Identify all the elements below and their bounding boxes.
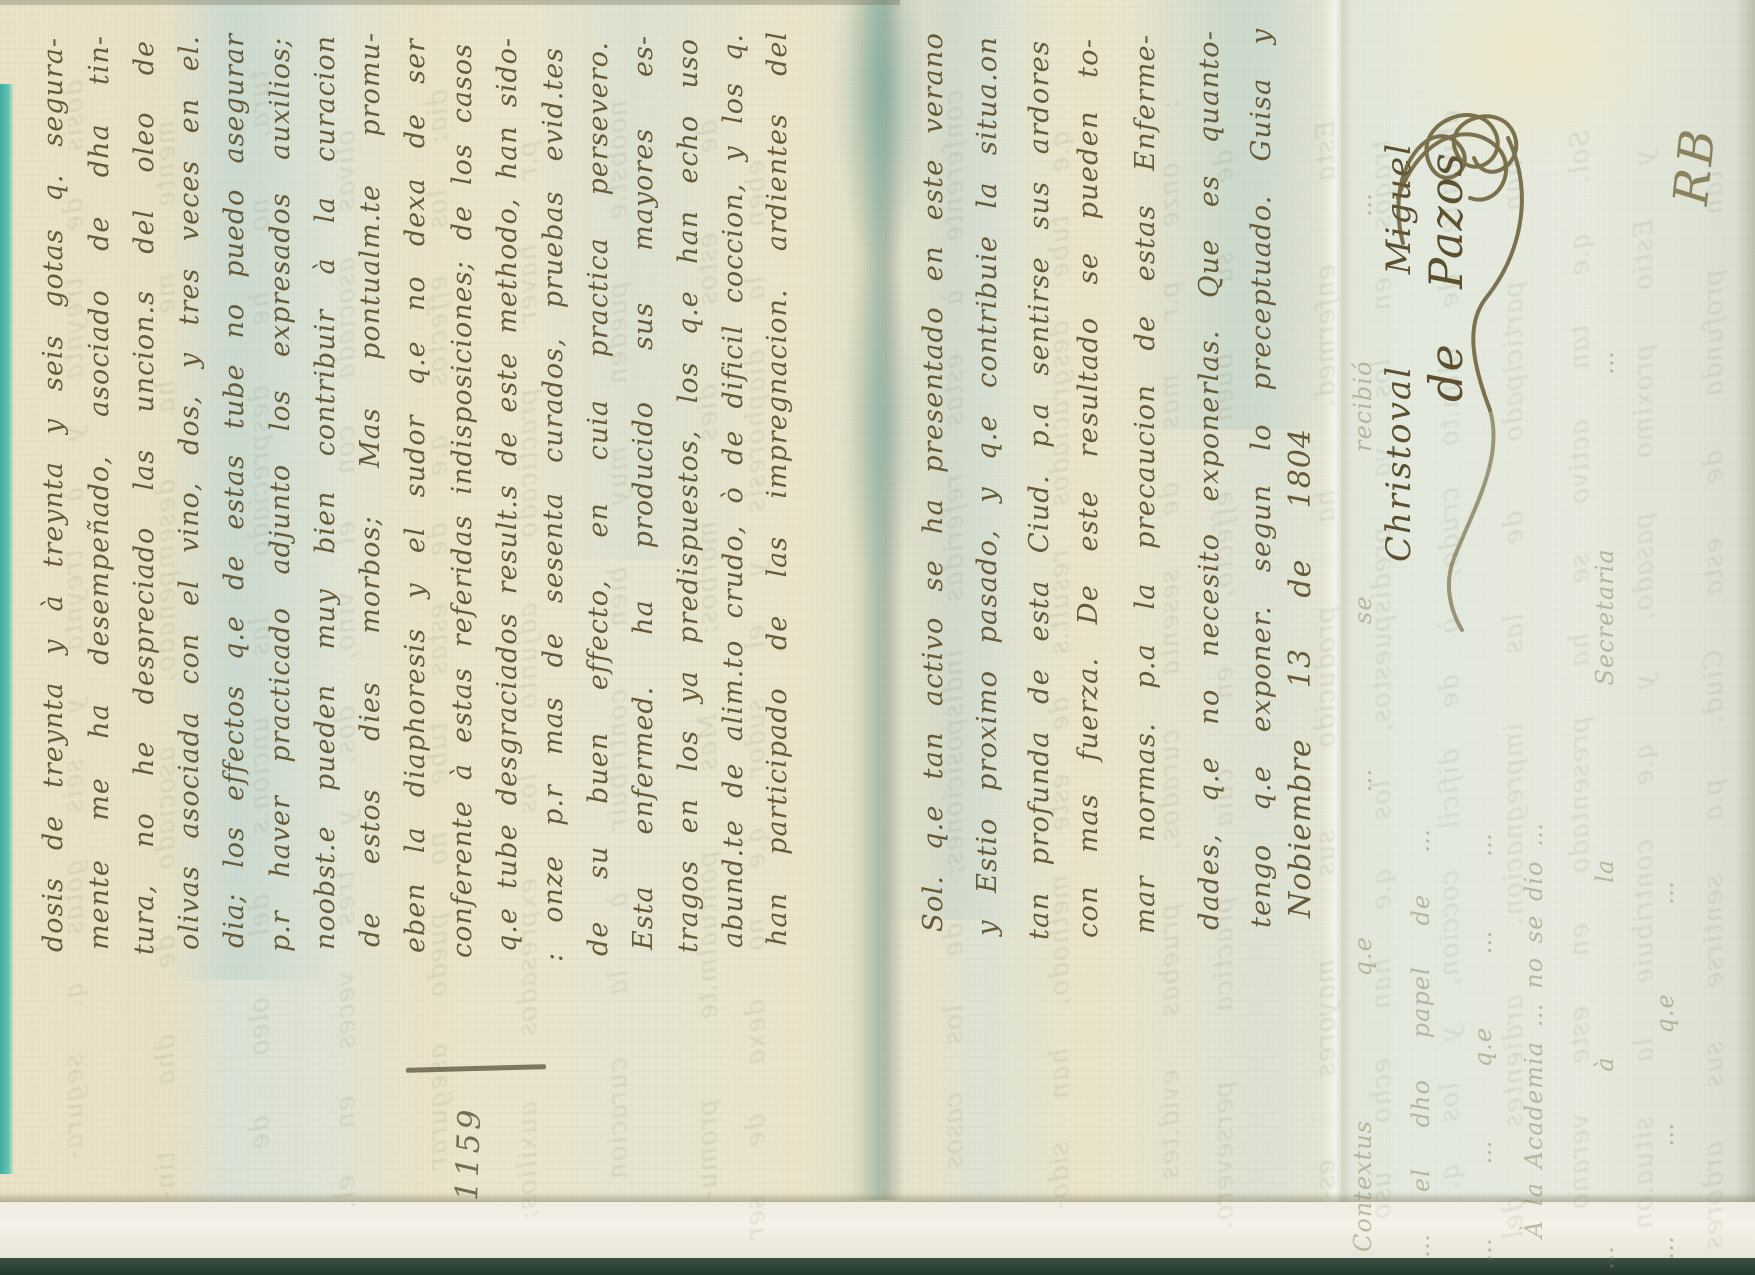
signature-surname: de Pazos: [1420, 152, 1473, 402]
manuscript-line: tengo q.e exponer. segun lo preceptuado.…: [1246, 28, 1278, 928]
manuscript-line: Esta enfermed. ha producido sus mayores …: [628, 35, 659, 950]
bleedthrough-line: y Estio proximo pasado, y q.e contribuie…: [1630, 150, 1660, 1230]
faint-annotation-line: À la Academia … no se dio …: [1521, 828, 1549, 1238]
signature-rubric-flourish: [1378, 38, 1548, 638]
manuscript-line: olivas asociada con el vino, dos, y tres…: [174, 35, 205, 950]
folio-number: 1159: [450, 1070, 490, 1201]
manuscript-line: conferente à estas referidas indisposici…: [447, 43, 478, 958]
manuscript-line: dia; los effectos q.e de estas tube no p…: [219, 33, 250, 948]
folio-underline: [406, 1064, 546, 1073]
bleedthrough-line: q.e tube desgraciados result.s de este m…: [1046, 130, 1076, 1210]
bleedthrough-line: de estos dies morbos; Mas pontualm.te pr…: [694, 120, 724, 1200]
bleedthrough-line: olivas asociada con el vino, dos, y tres…: [332, 130, 362, 1210]
bleedthrough-line: dosis de treynta y à treynta y seis gota…: [60, 80, 90, 1160]
bleedthrough-line: Sol. q.e tan activo se ha presentado en …: [1566, 130, 1596, 1210]
fold-stain: [838, 260, 922, 590]
manuscript-line: de su buen effecto, en cuia practica per…: [583, 41, 614, 956]
bleedthrough-line: tura, no he despreciado las uncion.s del…: [246, 70, 276, 1150]
manuscript-line: dosis de treynta y à treynta y seis gota…: [38, 37, 69, 952]
paper-tint: [165, 0, 340, 980]
bleedthrough-line: han participado de las impregnacion. ard…: [1500, 160, 1530, 1240]
manuscript-line: tan profunda de esta Ciud. p.a sentirse …: [1024, 40, 1056, 940]
manuscript-line: q.e tube desgraciados result.s de este m…: [492, 37, 523, 952]
scanner-edge-strip: [0, 84, 14, 1174]
faint-annotation-line: … … q.e …: [1652, 880, 1680, 1260]
manuscript-line: Sol. q.e tan activo se ha presentado en …: [918, 32, 950, 932]
paper-tint: [1380, 0, 1690, 170]
manuscript-line: de estos dies morbos; Mas pontualm.te pr…: [355, 32, 386, 947]
bleedthrough-line: tan profunda de esta Ciud. p.a sentirse …: [1700, 170, 1730, 1250]
bleedthrough-line: abund.te de alim.to crudo, ò de dificil …: [1436, 110, 1466, 1190]
manuscript-line: han participado de las impregnacion. ard…: [762, 31, 793, 946]
bleedthrough-line: Esta enfermed. ha producido sus mayores …: [1312, 120, 1342, 1200]
paper-tint: [505, 0, 765, 560]
manuscript-line: p.r haver practicado adjunto los expresa…: [265, 37, 296, 952]
faint-annotation-line: … el dho papel de …: [1408, 828, 1436, 1258]
scanner-bed-bar: [0, 1258, 1755, 1275]
bleedthrough-line: : onze p.r mas de sesenta curados, prueb…: [1156, 100, 1186, 1180]
monogram-initials: RB: [1664, 43, 1736, 208]
faint-annotation-line: Contextus q.e … se recibió …: [1350, 192, 1378, 1252]
manuscript-line: y Estio proximo pasado, y q.e contribuie…: [972, 36, 1004, 936]
manuscript-line: dades, q.e no necesito exponerlas. Que e…: [1194, 30, 1226, 930]
bleedthrough-line: mente me ha desempeñado, asociado de dha…: [152, 120, 182, 1200]
page-edge-shadow: [0, 0, 900, 5]
faint-annotation-line: … à la Secretaria …: [1592, 350, 1620, 1270]
signature-name: Christoval Miguel: [1380, 142, 1419, 562]
bleedthrough-line: de su buen effecto, en cuia practica per…: [1210, 150, 1240, 1230]
bleedthrough-line: dia; los effectos q.e de estas tube no p…: [424, 90, 454, 1170]
manuscript-line: tragos en los ya predispuestos, los q.e …: [673, 38, 704, 953]
manuscript-line: : onze p.r mas de sesenta curados, prueb…: [538, 47, 569, 962]
manuscript-line: noobst.e pueden muy bien contribuir à la…: [310, 35, 341, 950]
fold-stain: [832, 0, 922, 270]
bleedthrough-line: conferente à estas referidas indisposici…: [940, 90, 970, 1170]
manuscript-line: eben la diaphoresis y el sudor q.e no de…: [400, 38, 431, 953]
faint-annotation-line: … … q.e … …: [1470, 832, 1498, 1262]
bleedthrough-line: eben la diaphoresis y el sudor q.e no de…: [742, 160, 772, 1240]
scanner-bed-strip: [0, 1202, 1755, 1260]
manuscript-line: mar normas. p.a la precaucion de estas E…: [1130, 34, 1162, 934]
manuscript-scan: dosis de treynta y à treynta y seis gota…: [0, 0, 1755, 1275]
bleedthrough-line: tragos en los ya predispuestos, los q.e …: [1368, 140, 1398, 1220]
bleedthrough-line: noobst.e pueden muy bien contribuir à la…: [604, 100, 634, 1180]
page-edge-shadow: [1736, 0, 1755, 1275]
fold-crease: [848, 0, 904, 1200]
fold-crease: [1322, 0, 1352, 1230]
manuscript-line: tura, no he despreciado las uncion.s del…: [129, 40, 160, 955]
paper-tint: [1130, 0, 1330, 430]
manuscript-line: con mas fuerza. De este resultado se pue…: [1073, 38, 1105, 938]
paper-tint: [885, 0, 1015, 920]
bleedthrough-line: p.r haver practicado adjunto los expresa…: [514, 140, 544, 1220]
paper-edge-shadow: [0, 1192, 1755, 1202]
manuscript-line: mente me ha desempeñado, asociado de dha…: [84, 35, 115, 950]
manuscript-line: abund.te de alim.to crudo, ò de dificil …: [718, 33, 749, 948]
paper-tint: [1336, 0, 1755, 1230]
date-line: Nobiembre 13 de 1804: [1284, 428, 1319, 918]
